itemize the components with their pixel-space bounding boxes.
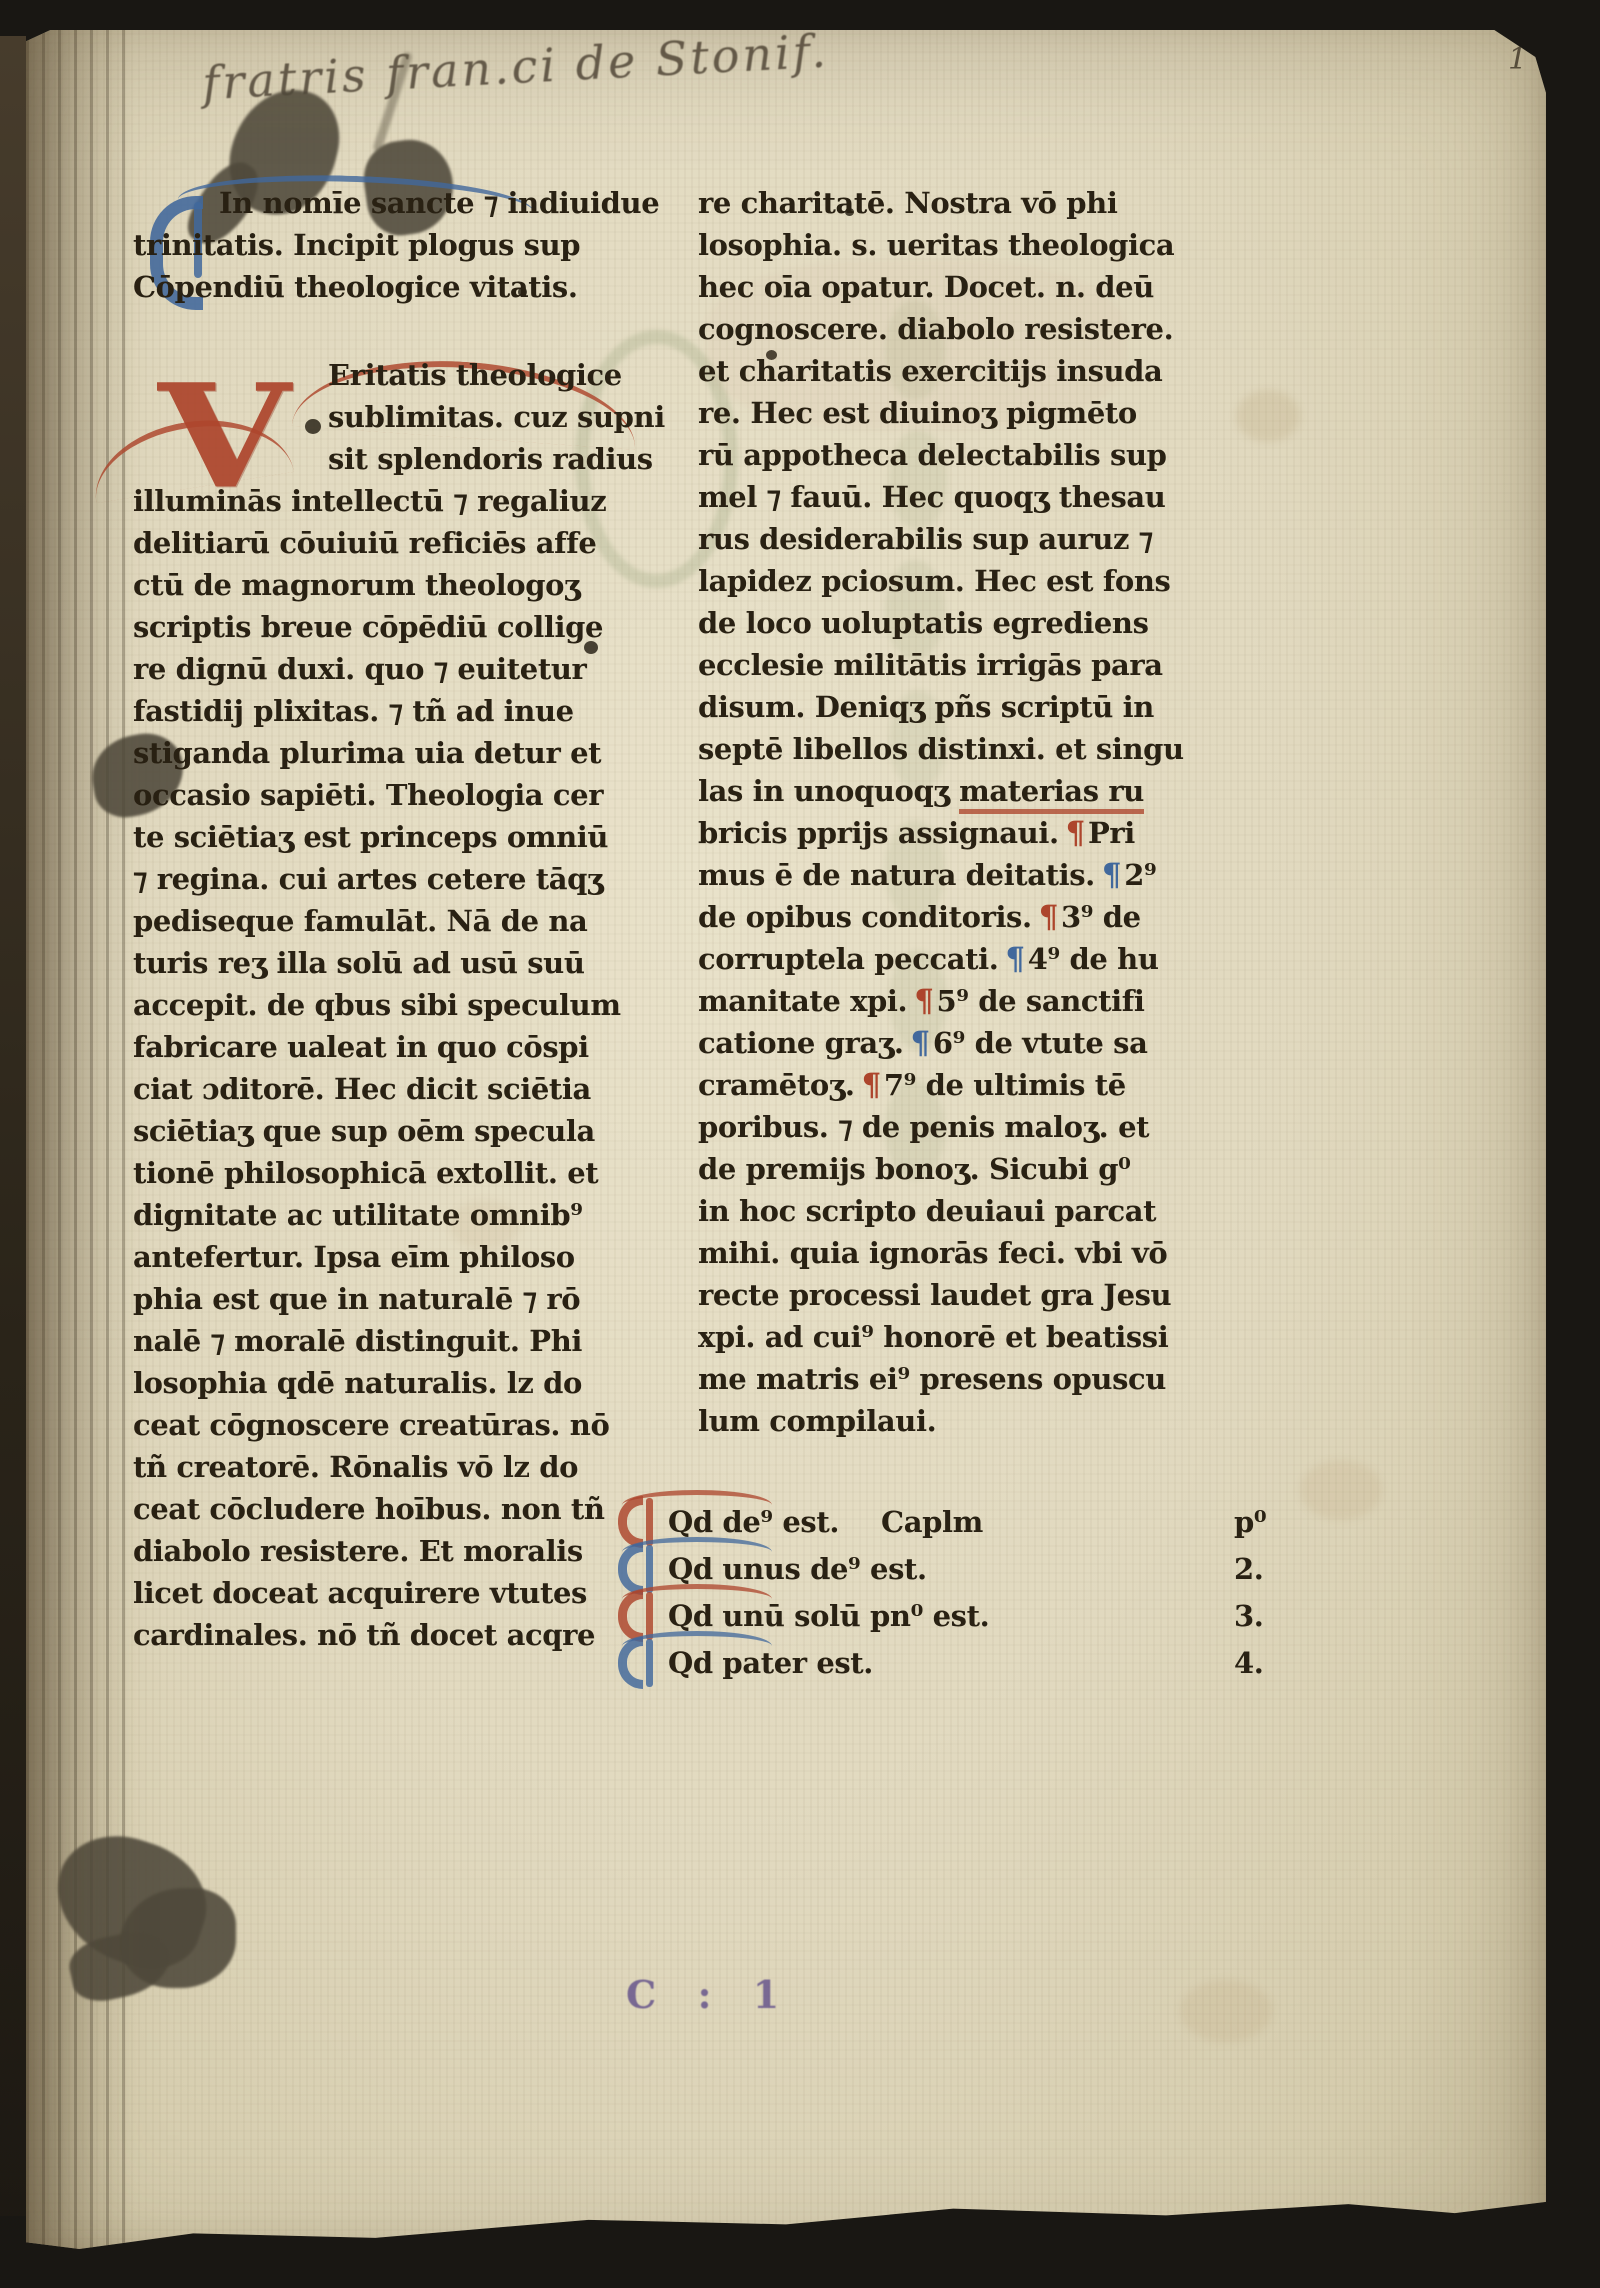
text-segment: ceat cōcludere hoībus. non tñ [133, 1492, 605, 1526]
text-line: tionē philosophicā extollit. et [133, 1152, 503, 1194]
text-line: catione graʒ.¶6⁹ de vtute sa [698, 1022, 1158, 1064]
text-segment: sit splendoris radius [328, 442, 653, 476]
paragraph-mark: ¶ [914, 983, 933, 1019]
text-line: pediseque famulāt. Nā de na [133, 900, 503, 942]
text-segment: disum. Deniqʒ pñs scriptū in [698, 690, 1154, 724]
text-line: In nomīe sancte ⁊ indiuidue [133, 182, 503, 224]
text-line: in hoc scripto deuiaui parcat [698, 1190, 1158, 1232]
text-segment: tñ creatorē. Rōnalis vō lz do [133, 1450, 578, 1484]
text-segment: ceat cōgnoscere creatūras. nō [133, 1408, 609, 1442]
text-segment: lapidez pciosum. Hec est fons [698, 564, 1170, 598]
text-segment: fastidij plixitas. ⁊ tñ ad inue [133, 694, 574, 728]
text-line: stiganda plurima uia detur et [133, 732, 503, 774]
text-line: et charitatis exercitijs insuda [698, 350, 1158, 392]
text-line: de loco uoluptatis egrediens [698, 602, 1158, 644]
text-segment: rus desiderabilis sup auruz ⁊ [698, 522, 1153, 556]
text-segment: Cōpendiū theologice vitatis. [133, 270, 578, 304]
text-segment: re charitatē. Nostra vō phi [698, 186, 1118, 220]
paragraph-mark: ¶ [1005, 941, 1024, 977]
toc-row: Qd pater est.4. [618, 1639, 1308, 1686]
text-line: accepit. de qbus sibi speculum [133, 984, 503, 1026]
text-segment: de premijs bonoʒ. Sicubi g⁰ [698, 1152, 1130, 1186]
text-line: turis reʒ illa solū ad usū suū [133, 942, 503, 984]
text-segment: de opibus conditoris. [698, 900, 1032, 934]
text-line: mus ē de natura deitatis.¶2⁹ [698, 854, 1158, 896]
text-line: ecclesie militātis irrigās para [698, 644, 1158, 686]
scanned-book-photo: { "page": { "folio_number": "1", "inscri… [0, 0, 1600, 2288]
text-segment: catione graʒ. [698, 1026, 904, 1060]
text-segment: stiganda plurima uia detur et [133, 736, 601, 770]
text-line: licet doceat acquirere vtutes [133, 1572, 503, 1614]
text-line: ctū de magnorum theologoʒ [133, 564, 503, 606]
text-line: re. Hec est diuinoʒ pigmēto [698, 392, 1158, 434]
text-line: mel ⁊ fauū. Hec quoqʒ thesau [698, 476, 1158, 518]
column2-body-lines: re charitatē. Nostra vō philosophia. s. … [698, 182, 1158, 1442]
text-line: sit splendoris radius [133, 438, 503, 480]
text-line: manitate xpi.¶5⁹ de sanctifi [698, 980, 1158, 1022]
text-segment: turis reʒ illa solū ad usū suū [133, 946, 585, 980]
text-segment: illuminās intellectū ⁊ regaliuz [133, 484, 606, 518]
toc-chapter-number: 4. [1234, 1646, 1308, 1680]
text-segment: ⁊ regina. cui artes cetere tāqʒ [133, 862, 603, 896]
text-segment: poribus. ⁊ de penis maloʒ. et [698, 1110, 1149, 1144]
text-segment: delitiarū cōuiuiū reficiēs affe [133, 526, 596, 560]
paragraph-gap [133, 308, 503, 354]
text-line: phia est que in naturalē ⁊ rō [133, 1278, 503, 1320]
text-segment: 2⁹ [1124, 858, 1156, 892]
text-line: ceat cōgnoscere creatūras. nō [133, 1404, 503, 1446]
text-line: nalē ⁊ moralē distinguit. Phi [133, 1320, 503, 1362]
table-of-contents: Qd de⁹ est.Caplmp⁰Qd unus de⁹ est.2.Qd u… [618, 1498, 1308, 1686]
text-segment: in hoc scripto deuiaui parcat [698, 1194, 1156, 1228]
text-segment: losophia qdē naturalis. lz do [133, 1366, 582, 1400]
text-line: rus desiderabilis sup auruz ⁊ [698, 518, 1158, 560]
text-line: me matris ei⁹ presens opuscu [698, 1358, 1158, 1400]
column1-body-lines: illuminās intellectū ⁊ regaliuzdelitiarū… [133, 480, 503, 1656]
foxing-spot [1236, 390, 1300, 442]
text-segment: recte processi laudet gra Jesu [698, 1278, 1171, 1312]
text-line: losophia. s. ueritas theologica [698, 224, 1158, 266]
text-segment: antefertur. Ipsa eīm philoso [133, 1240, 575, 1274]
text-line: bricis pprijs assignaui.¶Pri [698, 812, 1158, 854]
paragraph-mark: ¶ [911, 1025, 930, 1061]
text-segment: licet doceat acquirere vtutes [133, 1576, 587, 1610]
text-segment: 5⁹ de sanctifi [937, 984, 1145, 1018]
text-line: cardinales. nō tñ docet acqre [133, 1614, 503, 1656]
text-segment: ctū de magnorum theologoʒ [133, 568, 580, 602]
book-spine-edge [0, 36, 26, 2216]
text-segment: et charitatis exercitijs insuda [698, 354, 1162, 388]
toc-chapter-number: 2. [1234, 1552, 1308, 1586]
text-segment: lum compilaui. [698, 1404, 936, 1438]
text-line: disum. Deniqʒ pñs scriptū in [698, 686, 1158, 728]
text-line: lapidez pciosum. Hec est fons [698, 560, 1158, 602]
paragraph-mark: ¶ [862, 1067, 881, 1103]
text-segment: bricis pprijs assignaui. [698, 816, 1059, 850]
text-segment: te sciētiaʒ est princeps omniū [133, 820, 608, 854]
text-segment: trinitatis. Incipit plogus sup [133, 228, 580, 262]
text-segment: materias ru [959, 774, 1144, 814]
text-segment: pediseque famulāt. Nā de na [133, 904, 587, 938]
text-line: septē libellos distinxi. et singu [698, 728, 1158, 770]
text-segment: sublimitas. cuz supni [328, 400, 665, 434]
text-segment: sciētiaʒ que sup oēm specula [133, 1114, 595, 1148]
text-line: cramētoʒ.¶7⁹ de ultimis tē [698, 1064, 1158, 1106]
text-segment: re. Hec est diuinoʒ pigmēto [698, 396, 1137, 430]
text-segment: xpi. ad cui⁹ honorē et beatissi [698, 1320, 1168, 1354]
toc-chapter-number: 3. [1234, 1599, 1308, 1633]
text-segment: nalē ⁊ moralē distinguit. Phi [133, 1324, 582, 1358]
text-line: mihi. quia ignorās feci. vbi vō [698, 1232, 1158, 1274]
text-line: trinitatis. Incipit plogus sup [133, 224, 503, 266]
text-segment: In nomīe sancte ⁊ indiuidue [219, 186, 659, 220]
text-line: ceat cōcludere hoībus. non tñ [133, 1488, 503, 1530]
text-line: scriptis breue cōpēdiū collige [133, 606, 503, 648]
text-line: dignitate ac utilitate omnib⁹ [133, 1194, 503, 1236]
text-line: re dignū duxi. quo ⁊ euitetur [133, 648, 503, 690]
paragraph-mark: ¶ [1102, 857, 1121, 893]
text-segment: ecclesie militātis irrigās para [698, 648, 1163, 682]
text-segment: cramētoʒ. [698, 1068, 855, 1102]
text-line: Cōpendiū theologice vitatis. [133, 266, 503, 308]
text-segment: 7⁹ de ultimis tē [884, 1068, 1126, 1102]
text-segment: accepit. de qbus sibi speculum [133, 988, 621, 1022]
foxing-spot [1180, 1980, 1272, 2042]
text-segment: re dignū duxi. quo ⁊ euitetur [133, 652, 586, 686]
text-line: illuminās intellectū ⁊ regaliuz [133, 480, 503, 522]
text-segment: corruptela peccati. [698, 942, 998, 976]
library-stamp: C : 1 [626, 1972, 793, 2017]
text-line: sciētiaʒ que sup oēm specula [133, 1110, 503, 1152]
text-line: re charitatē. Nostra vō phi [698, 182, 1158, 224]
text-line: recte processi laudet gra Jesu [698, 1274, 1158, 1316]
text-line: ⁊ regina. cui artes cetere tāqʒ [133, 858, 503, 900]
text-line: hec oīa opatur. Docet. n. deū [698, 266, 1158, 308]
text-segment: mihi. quia ignorās feci. vbi vō [698, 1236, 1167, 1270]
text-segment: scriptis breue cōpēdiū collige [133, 610, 603, 644]
incipit-heading: In nomīe sancte ⁊ indiuiduetrinitatis. I… [133, 182, 503, 308]
text-segment: mel ⁊ fauū. Hec quoqʒ thesau [698, 480, 1165, 514]
text-segment: mus ē de natura deitatis. [698, 858, 1095, 892]
text-line: te sciētiaʒ est princeps omniū [133, 816, 503, 858]
text-line: antefertur. Ipsa eīm philoso [133, 1236, 503, 1278]
text-line: occasio sapiēti. Theologia cer [133, 774, 503, 816]
text-line: diabolo resistere. Et moralis [133, 1530, 503, 1572]
text-line: sublimitas. cuz supni [133, 396, 503, 438]
text-segment: manitate xpi. [698, 984, 907, 1018]
text-line: losophia qdē naturalis. lz do [133, 1362, 503, 1404]
text-line: tñ creatorē. Rōnalis vō lz do [133, 1446, 503, 1488]
capitulum-stroke [622, 1490, 772, 1511]
paragraph-mark: ¶ [1066, 815, 1085, 851]
text-line: xpi. ad cui⁹ honorē et beatissi [698, 1316, 1158, 1358]
text-line: corruptela peccati.¶4⁹ de hu [698, 938, 1158, 980]
text-line: de premijs bonoʒ. Sicubi g⁰ [698, 1148, 1158, 1190]
text-line: fabricare ualeat in quo cōspi [133, 1026, 503, 1068]
text-line: cognoscere. diabolo resistere. [698, 308, 1158, 350]
text-line: delitiarū cōuiuiū reficiēs affe [133, 522, 503, 564]
initial-paragraph-lines: Eritatis theologicesublimitas. cuz supni… [133, 354, 503, 480]
capitulum-mark [618, 1637, 652, 1689]
text-segment: 6⁹ de vtute sa [933, 1026, 1148, 1060]
text-line: rū appotheca delectabilis sup [698, 434, 1158, 476]
text-segment: losophia. s. ueritas theologica [698, 228, 1174, 262]
text-segment: rū appotheca delectabilis sup [698, 438, 1167, 472]
text-segment: ciat ɔditorē. Hec dicit sciētia [133, 1072, 591, 1106]
text-segment: de loco uoluptatis egrediens [698, 606, 1149, 640]
text-line: poribus. ⁊ de penis maloʒ. et [698, 1106, 1158, 1148]
paragraph-mark: ¶ [1039, 899, 1058, 935]
text-segment: septē libellos distinxi. et singu [698, 732, 1184, 766]
text-segment: 4⁹ de hu [1028, 942, 1159, 976]
text-segment: occasio sapiēti. Theologia cer [133, 778, 603, 812]
text-column-1: In nomīe sancte ⁊ indiuiduetrinitatis. I… [133, 182, 503, 1656]
text-line: lum compilaui. [698, 1400, 1158, 1442]
text-segment: fabricare ualeat in quo cōspi [133, 1030, 589, 1064]
text-segment: hec oīa opatur. Docet. n. deū [698, 270, 1154, 304]
text-line: ciat ɔditorē. Hec dicit sciētia [133, 1068, 503, 1110]
text-segment: tionē philosophicā extollit. et [133, 1156, 598, 1190]
text-segment: las in unoquoqʒ [698, 774, 959, 808]
text-segment: Eritatis theologice [328, 358, 622, 392]
folio-number: 1 [1508, 42, 1527, 77]
text-segment: Pri [1088, 816, 1135, 850]
manuscript-page: fratris fran.ci de Stonif. 1 V In nomīe … [26, 30, 1546, 2276]
text-line: Eritatis theologice [133, 354, 503, 396]
text-line: las in unoquoqʒ materias ru [698, 770, 1158, 812]
text-segment: dignitate ac utilitate omnib⁹ [133, 1198, 583, 1232]
text-segment: phia est que in naturalē ⁊ rō [133, 1282, 580, 1316]
text-segment: diabolo resistere. Et moralis [133, 1534, 583, 1568]
toc-chapter-word: Caplm [881, 1505, 983, 1539]
foxing-spot [1300, 1460, 1382, 1520]
text-line: de opibus conditoris.¶3⁹ de [698, 896, 1158, 938]
text-segment: me matris ei⁹ presens opuscu [698, 1362, 1166, 1396]
text-segment: cognoscere. diabolo resistere. [698, 312, 1173, 346]
text-segment: cardinales. nō tñ docet acqre [133, 1618, 595, 1652]
text-column-2: re charitatē. Nostra vō philosophia. s. … [698, 182, 1158, 1442]
text-line: fastidij plixitas. ⁊ tñ ad inue [133, 690, 503, 732]
text-segment: 3⁹ de [1061, 900, 1141, 934]
toc-chapter-number: p⁰ [1234, 1505, 1308, 1539]
